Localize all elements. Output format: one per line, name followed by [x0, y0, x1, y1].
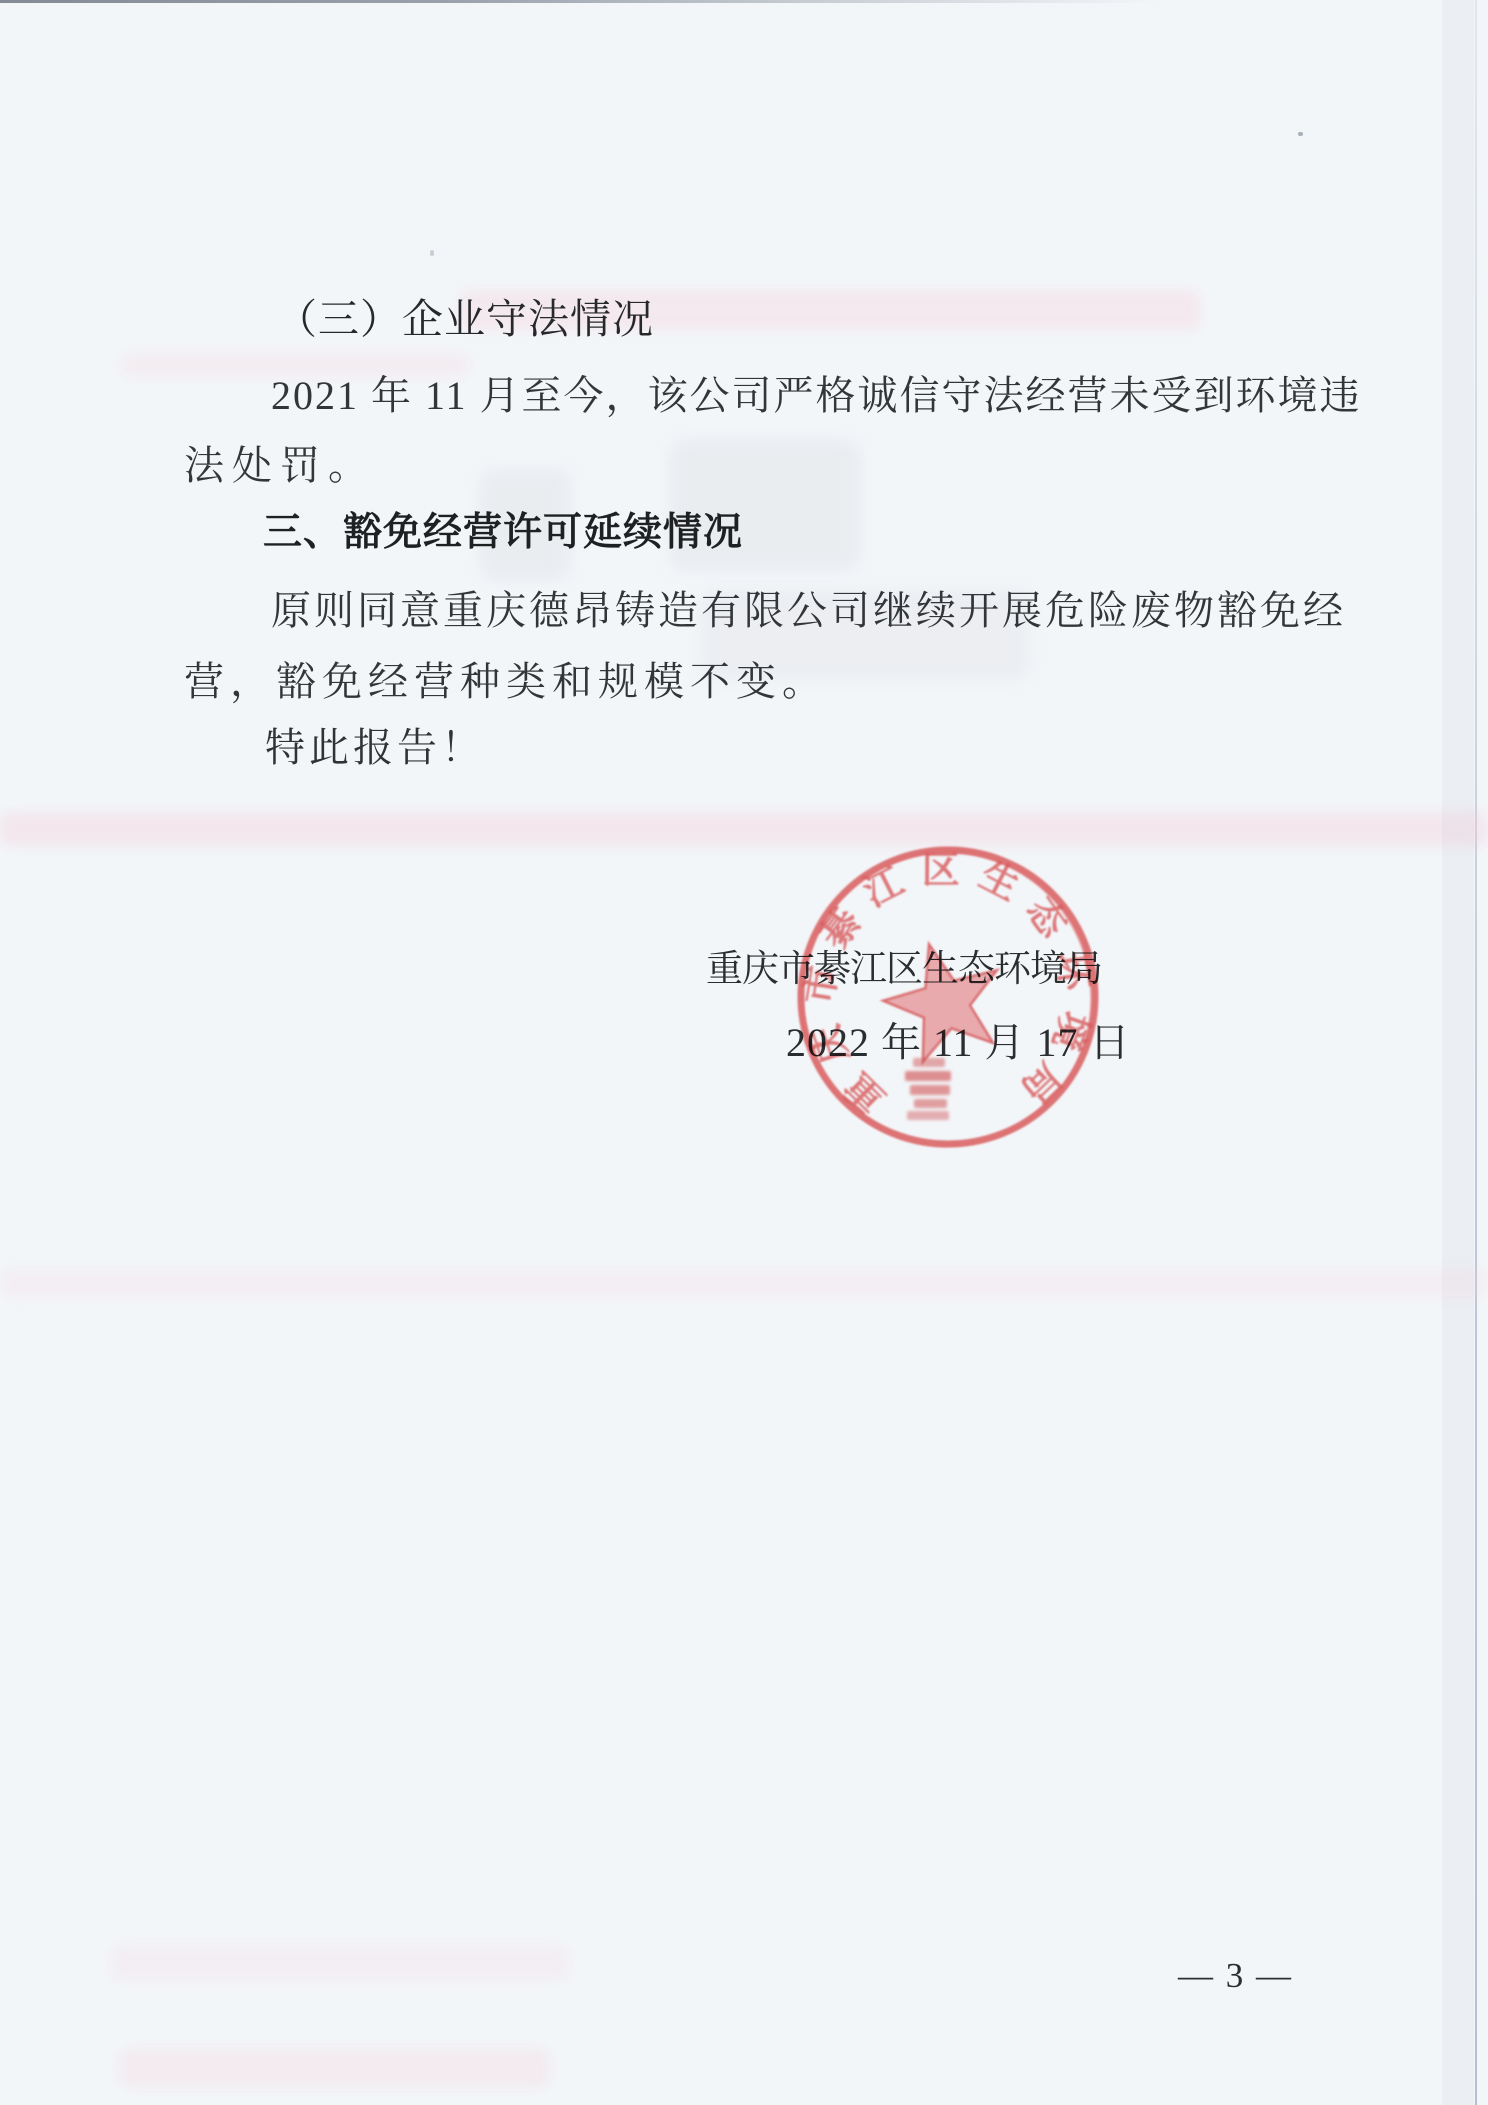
paragraph1-line1: 2021 年 11 月至今，该公司严格诚信守法经营未受到环境违	[271, 364, 1362, 421]
seal-star-icon	[872, 929, 1015, 1068]
paragraph2-line1: 原则同意重庆德昂铸造有限公司继续开展危险废物豁免经	[271, 579, 1346, 636]
official-seal: 重庆市綦江区生态环境局	[793, 842, 1105, 1160]
scan-speck	[1298, 132, 1303, 136]
scan-pink-band	[120, 2048, 550, 2088]
section2-heading: 三、豁免经营许可延续情况	[263, 501, 743, 557]
scan-right-shadow	[1442, 0, 1474, 2105]
scan-top-edge-line	[0, 0, 1488, 3]
paragraph2-line2: 营，豁免经营种类和规模不变。	[184, 650, 828, 707]
paragraph1-line2: 法处罚。	[184, 434, 376, 491]
scan-speck	[430, 250, 434, 256]
scan-right-edge-line	[1475, 0, 1477, 2105]
page-number: — 3 —	[1178, 1956, 1293, 1996]
seal-code-mark	[905, 1058, 951, 1120]
section-heading: （三）企业守法情况	[276, 286, 654, 345]
closing-statement: 特此报告！	[265, 716, 485, 773]
scan-pink-band	[0, 812, 1488, 846]
scan-pink-band	[0, 1268, 1488, 1298]
document-page: （三）企业守法情况 2021 年 11 月至今，该公司严格诚信守法经营未受到环境…	[0, 0, 1488, 2105]
scan-pink-band	[110, 1945, 570, 1981]
